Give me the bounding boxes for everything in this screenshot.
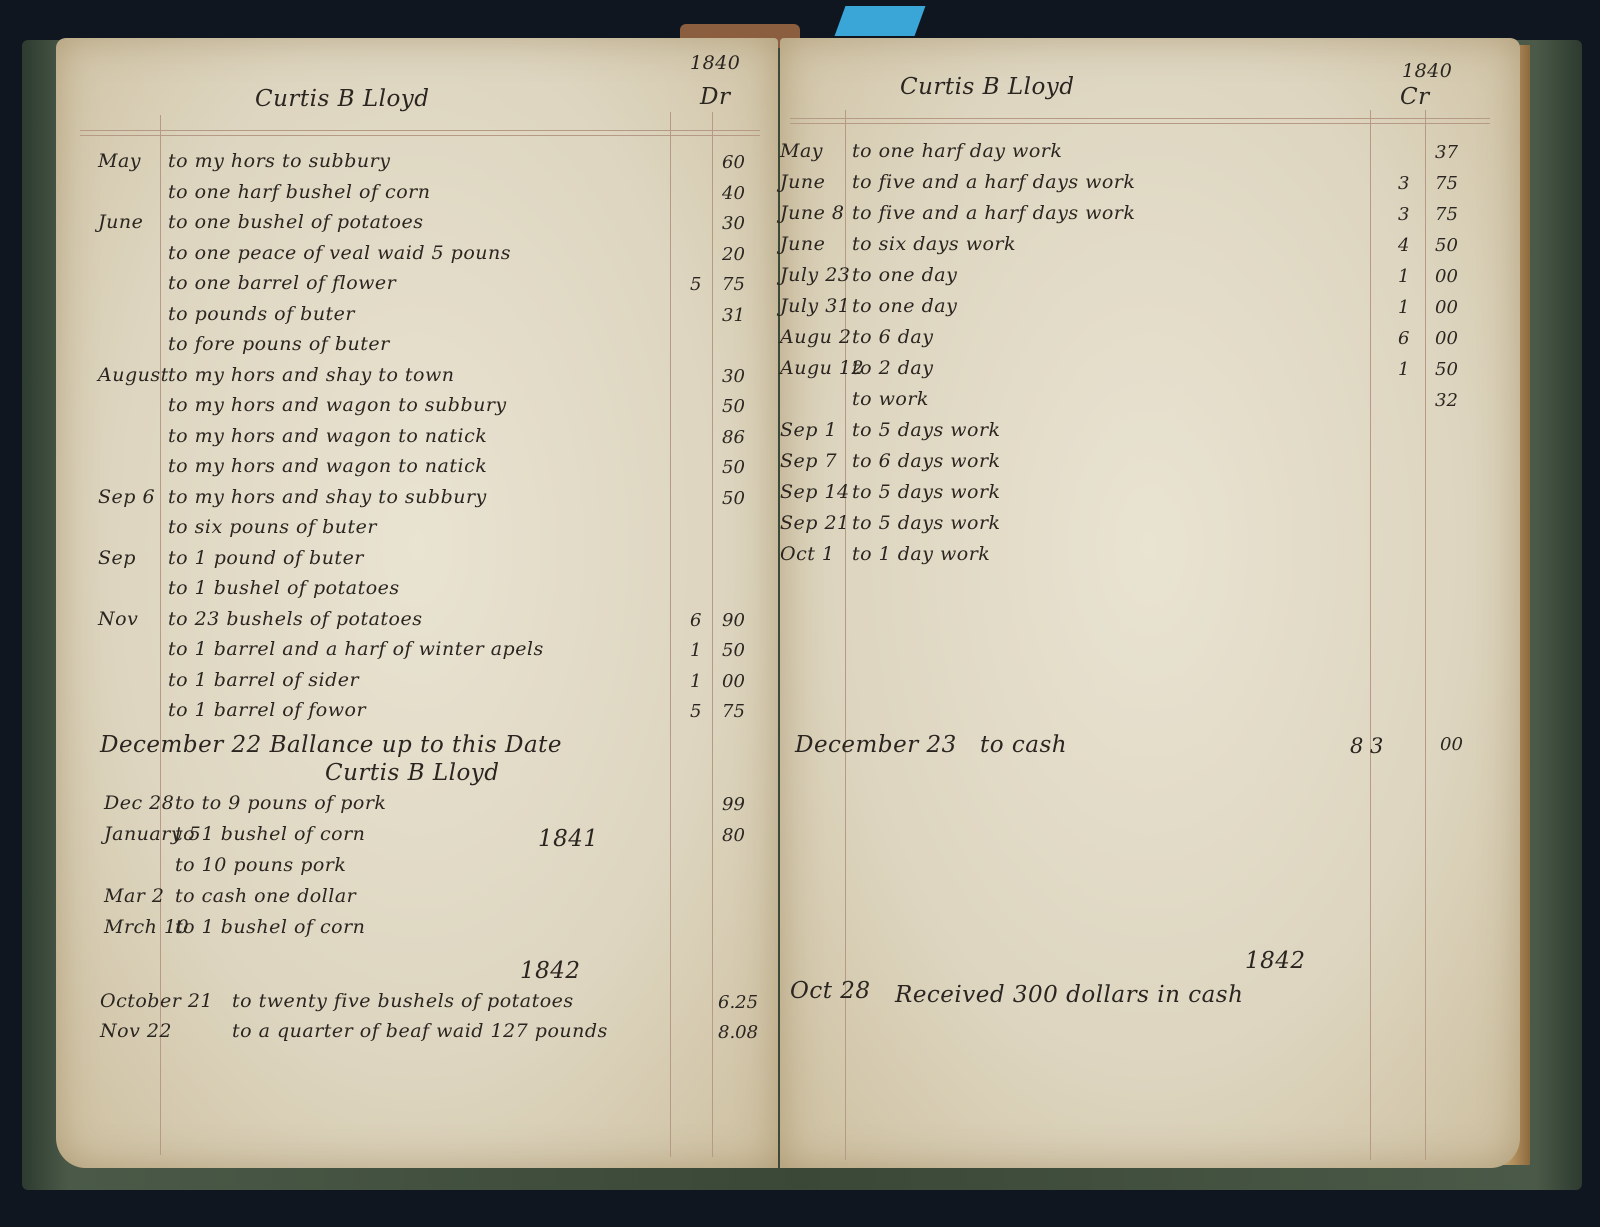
entry-dollars: 3: [1398, 204, 1409, 225]
entry-dollars: 6: [690, 610, 701, 631]
entry-cents: 80: [722, 825, 745, 846]
balance-signature: Curtis B Lloyd: [325, 760, 500, 786]
entry-cents: 99: [722, 794, 745, 815]
entry-cents: 60: [722, 152, 745, 173]
entry-date: July 23: [780, 264, 850, 286]
entry-description: to to 9 pouns of pork: [175, 792, 386, 814]
entry-date: Dec 28: [104, 792, 174, 814]
entry-description: to 5 days work: [852, 419, 1001, 441]
entry-description: to 1 barrel and a harf of winter apels: [168, 638, 544, 660]
entry-date: Sep 6: [98, 486, 155, 508]
right-year: 1840: [1402, 60, 1452, 82]
entry-cents: 31: [722, 305, 745, 326]
entry-description: to 1 barrel of sider: [168, 669, 359, 691]
entry-description: to a quarter of beaf waid 127 pounds: [232, 1020, 608, 1042]
entry-cents: 30: [722, 213, 745, 234]
bookmark-tab: [835, 6, 926, 36]
dollars-column-rule: [670, 112, 671, 1157]
entry-date: June: [780, 171, 825, 193]
entry-description: to one day: [852, 264, 957, 286]
entry-description: to 5 days work: [852, 512, 1001, 534]
cash-entry-description: to cash: [980, 732, 1067, 758]
dollars-column-rule: [1370, 110, 1371, 1160]
entry-cents: 75: [722, 701, 745, 722]
header-rule: [790, 123, 1490, 124]
entry-description: to 1 pound of buter: [168, 547, 364, 569]
entry-description: to twenty five bushels of potatoes: [232, 990, 574, 1012]
entry-cents: 50: [1435, 235, 1458, 256]
entry-dollars: 4: [1398, 235, 1409, 256]
cash-entry-dollars: 8 3: [1350, 734, 1383, 758]
entry-date: Sep: [98, 547, 136, 569]
right-column-label: Cr: [1400, 84, 1430, 110]
entry-description: to 23 bushels of potatoes: [168, 608, 422, 630]
entry-date: October 21: [100, 990, 213, 1012]
entry-description: to 2 day: [852, 357, 933, 379]
entry-date: June: [98, 211, 143, 233]
left-year: 1840: [690, 52, 740, 74]
entry-dollars: 1: [1398, 266, 1409, 287]
entry-dollars: 1: [690, 640, 701, 661]
entry-description: to 1 bushel of corn: [175, 916, 365, 938]
entry-date: Mar 2: [104, 885, 165, 907]
entry-description: to one harf day work: [852, 140, 1062, 162]
received-entry-description: Received 300 dollars in cash: [895, 982, 1243, 1008]
entry-cents: 20: [722, 244, 745, 265]
cents-column-rule: [712, 112, 713, 1157]
entry-date: Augu 2: [780, 326, 852, 348]
entry-description: to 1 bushel of corn: [175, 823, 365, 845]
entry-description: to 10 pouns pork: [175, 854, 346, 876]
entry-date: Nov: [98, 608, 138, 630]
entry-cents: 50: [722, 396, 745, 417]
entry-date: Sep 1: [780, 419, 837, 441]
entry-description: to my hors and shay to subbury: [168, 486, 487, 508]
entry-date: Sep 21: [780, 512, 850, 534]
entry-cents: 00: [1435, 297, 1458, 318]
entry-dollars: 1: [1398, 359, 1409, 380]
entry-cents: 32: [1435, 390, 1458, 411]
entry-cents: 50: [1435, 359, 1458, 380]
entry-cents: 00: [1435, 266, 1458, 287]
entry-description: to cash one dollar: [175, 885, 356, 907]
entry-dollars: 3: [1398, 173, 1409, 194]
entry-date: June 8: [780, 202, 844, 224]
entry-description: to my hors and wagon to natick: [168, 425, 487, 447]
entry-description: to 5 days work: [852, 481, 1001, 503]
right-year-1842: 1842: [1245, 948, 1306, 974]
entry-cents: 8.08: [718, 1022, 758, 1043]
entry-date: August: [98, 364, 169, 386]
entry-description: to my hors and wagon to natick: [168, 455, 487, 477]
entry-cents: 00: [722, 671, 745, 692]
entry-cents: 30: [722, 366, 745, 387]
entry-description: to 6 day: [852, 326, 933, 348]
entry-dollars: 1: [1398, 297, 1409, 318]
cash-entry-cents: 00: [1440, 734, 1463, 755]
left-year-1842: 1842: [520, 958, 581, 984]
entry-cents: 6.25: [718, 992, 758, 1013]
header-rule: [80, 130, 760, 131]
header-rule: [790, 118, 1490, 119]
entry-cents: 75: [722, 274, 745, 295]
entry-date: June: [780, 233, 825, 255]
header-rule: [80, 135, 760, 136]
entry-description: to my hors and shay to town: [168, 364, 455, 386]
entry-description: to my hors to subbury: [168, 150, 390, 172]
entry-description: to one barrel of flower: [168, 272, 396, 294]
entry-description: to five and a harf days work: [852, 171, 1135, 193]
entry-description: to pounds of buter: [168, 303, 355, 325]
entry-cents: 00: [1435, 328, 1458, 349]
year-1841: 1841: [538, 826, 599, 852]
entry-description: to my hors and wagon to subbury: [168, 394, 507, 416]
entry-cents: 37: [1435, 142, 1458, 163]
entry-description: to five and a harf days work: [852, 202, 1135, 224]
entry-date: Oct 1: [780, 543, 834, 565]
entry-date: July 31: [780, 295, 850, 317]
balance-line: December 22 Ballance up to this Date: [100, 732, 562, 758]
entry-dollars: 5: [690, 701, 701, 722]
entry-description: to one peace of veal waid 5 pouns: [168, 242, 511, 264]
entry-description: to one bushel of potatoes: [168, 211, 423, 233]
entry-description: to 6 days work: [852, 450, 1001, 472]
entry-cents: 50: [722, 488, 745, 509]
entry-dollars: 6: [1398, 328, 1409, 349]
entry-cents: 75: [1435, 204, 1458, 225]
right-account-name: Curtis B Lloyd: [900, 74, 1075, 100]
entry-description: to one harf bushel of corn: [168, 181, 430, 203]
cash-entry-date: December 23: [795, 732, 957, 758]
entry-date: May: [780, 140, 823, 162]
entry-description: to fore pouns of buter: [168, 333, 390, 355]
entry-date: May: [98, 150, 141, 172]
entry-cents: 90: [722, 610, 745, 631]
entry-date: Nov 22: [100, 1020, 172, 1042]
entry-date: Sep 7: [780, 450, 837, 472]
entry-description: to six days work: [852, 233, 1016, 255]
entry-description: to six pouns of buter: [168, 516, 377, 538]
entry-cents: 75: [1435, 173, 1458, 194]
entry-cents: 40: [722, 183, 745, 204]
entry-cents: 86: [722, 427, 745, 448]
cents-column-rule: [1425, 110, 1426, 1160]
left-account-name: Curtis B Lloyd: [255, 86, 430, 112]
entry-dollars: 1: [690, 671, 701, 692]
entry-description: to one day: [852, 295, 957, 317]
entry-dollars: 5: [690, 274, 701, 295]
entry-date: Sep 14: [780, 481, 850, 503]
entry-description: to 1 bushel of potatoes: [168, 577, 400, 599]
entry-description: to 1 day work: [852, 543, 990, 565]
left-column-label: Dr: [700, 84, 730, 110]
entry-cents: 50: [722, 457, 745, 478]
entry-cents: 50: [722, 640, 745, 661]
entry-description: to 1 barrel of fowor: [168, 699, 366, 721]
received-entry-date: Oct 28: [790, 978, 871, 1004]
entry-description: to work: [852, 388, 929, 410]
